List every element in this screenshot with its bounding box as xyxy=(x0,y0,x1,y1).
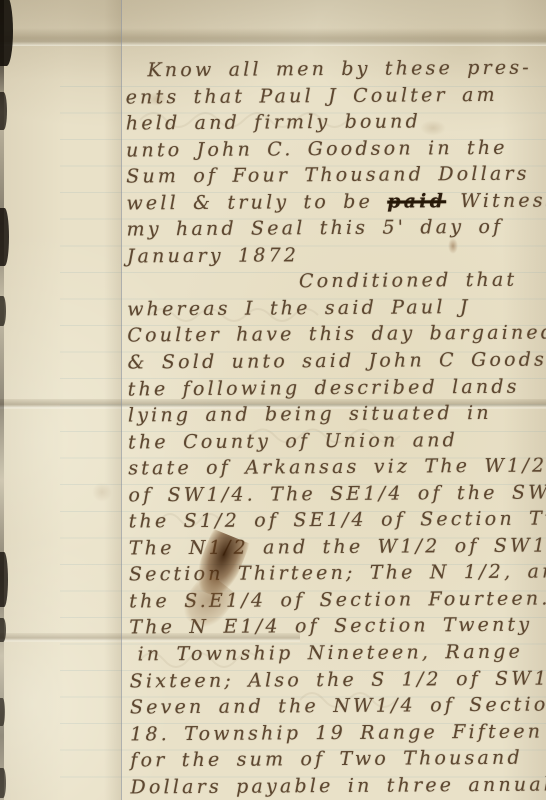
handwriting-line: 18. Township 19 Range Fifteen xyxy=(124,718,546,748)
handwriting-line: Dollars payable in three annual xyxy=(124,771,546,800)
handwriting-line: The N E1/4 of Section Twenty three all xyxy=(123,612,546,642)
handwriting-line: Section Thirteen; The N 1/2, and xyxy=(123,559,546,589)
handwriting-text: Witness xyxy=(446,189,546,212)
struck-word: paid xyxy=(387,190,446,212)
handwriting-line: the County of Union and xyxy=(122,426,546,456)
handwriting-line: lying and being situated in xyxy=(122,400,546,430)
scanned-document-page: Know all men by these pres-ents that Pau… xyxy=(0,0,546,800)
handwritten-text-block: Know all men by these pres-ents that Pau… xyxy=(119,55,546,800)
scan-edge xyxy=(0,0,4,800)
handwriting-text: The N E1/4 of Section Twenty three all xyxy=(129,613,546,639)
handwriting-line: in Township Nineteen, Range xyxy=(123,639,546,669)
handwriting-text: the County of Union and xyxy=(128,429,458,453)
handwriting-line: Conditioned that xyxy=(121,267,545,297)
handwriting-text: held and firmly bound xyxy=(126,110,421,134)
handwriting-line: The N1/2 and the W1/2 of SW1/4 of xyxy=(123,532,546,562)
handwriting-text: 18. Township 19 Range Fifteen xyxy=(130,720,543,745)
handwriting-text: well & truly to be xyxy=(126,190,387,214)
handwriting-text: the S1/2 of SE1/4 of Section Twelve. xyxy=(129,507,546,532)
fox-spot xyxy=(92,482,112,502)
handwriting-line: held and firmly bound xyxy=(120,108,544,138)
handwriting-line: my hand Seal this 5' day of xyxy=(121,214,545,244)
handwriting-line: the following described lands xyxy=(122,373,546,403)
handwriting-text: The N1/2 and the W1/2 of SW1/4 of xyxy=(129,534,546,559)
handwriting-text: lying and being situated in xyxy=(128,402,492,427)
handwriting-text: whereas I the said Paul J xyxy=(127,296,471,320)
handwriting-text: Section Thirteen; The N 1/2, and xyxy=(129,561,546,586)
handwriting-text: state of Arkansas viz The W1/2 xyxy=(128,455,546,480)
handwriting-text: Dollars payable in three annual xyxy=(130,773,546,798)
handwriting-line: the S1/2 of SE1/4 of Section Twelve. xyxy=(123,506,546,536)
fold-crease-top xyxy=(0,28,546,46)
handwriting-line: well & truly to be paid Witness xyxy=(120,187,544,217)
handwriting-text: unto John C. Goodson in the xyxy=(126,136,508,161)
handwriting-text: of SW1/4. The SE1/4 of the SW1/4 and xyxy=(128,481,546,507)
handwriting-text: January 1872 xyxy=(127,244,300,267)
handwriting-text: the S.E1/4 of Section Fourteen. and xyxy=(129,587,546,612)
handwriting-text: for the sum of Two Thousand xyxy=(130,747,523,772)
handwriting-text: & Sold unto said John C Goodson xyxy=(127,348,546,373)
handwriting-text: Sum of Four Thousand Dollars xyxy=(126,163,530,188)
handwriting-text: ents that Paul J Coulter am xyxy=(126,83,498,108)
handwriting-line: for the sum of Two Thousand xyxy=(124,745,546,775)
handwriting-text: Seven and the NW1/4 of Section xyxy=(130,694,546,719)
handwriting-line: Know all men by these pres- xyxy=(119,55,543,85)
handwriting-line: ents that Paul J Coulter am xyxy=(120,81,544,111)
handwriting-line: the S.E1/4 of Section Fourteen. and xyxy=(123,585,546,615)
handwriting-line: January 1872 xyxy=(121,240,545,270)
handwriting-line: Coulter have this day bargained xyxy=(121,320,545,350)
handwriting-text: Coulter have this day bargained xyxy=(127,322,546,347)
handwriting-line: Sum of Four Thousand Dollars xyxy=(120,161,544,191)
handwriting-text: my hand Seal this 5' day of xyxy=(127,216,504,241)
handwriting-text: the following described lands xyxy=(128,375,520,400)
handwriting-line: & Sold unto said John C Goodson xyxy=(121,347,545,377)
handwriting-line: Seven and the NW1/4 of Section xyxy=(124,692,546,722)
handwriting-line: whereas I the said Paul J xyxy=(121,293,545,323)
handwriting-line: unto John C. Goodson in the xyxy=(120,134,544,164)
handwriting-line: of SW1/4. The SE1/4 of the SW1/4 and xyxy=(122,479,546,509)
handwriting-line: Sixteen; Also the S 1/2 of SW1/4 Section xyxy=(124,665,546,695)
handwriting-text: Sixteen; Also the S 1/2 of SW1/4 Section xyxy=(130,666,546,692)
handwriting-line: state of Arkansas viz The W1/2 xyxy=(122,453,546,483)
handwriting-text: Know all men by these pres- xyxy=(147,57,532,82)
handwriting-text: Conditioned that xyxy=(299,269,517,293)
handwriting-text: in Township Nineteen, Range xyxy=(138,641,524,666)
